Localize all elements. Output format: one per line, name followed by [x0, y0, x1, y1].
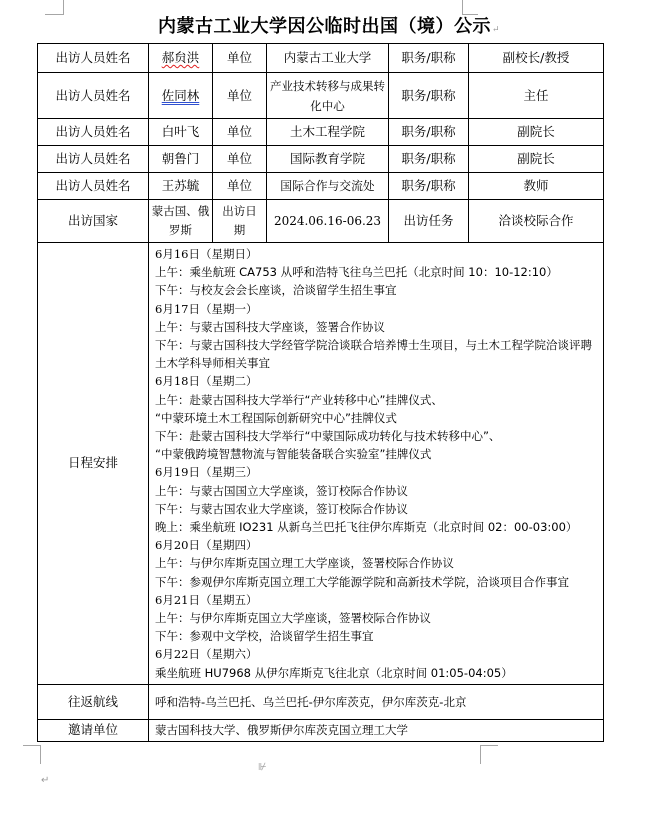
position-label: 职务/职称	[389, 119, 469, 146]
unit-label: 单位	[213, 173, 267, 200]
publicity-table[interactable]: 出访人员姓名 郝贠洪 单位 内蒙古工业大学 职务/职称 副校长/教授 出访人员姓…	[37, 43, 604, 742]
visitor-label: 出访人员姓名	[38, 173, 149, 200]
route-row[interactable]: 往返航线 呼和浩特-乌兰巴托、乌兰巴托-伊尔库茨克，伊尔库茨克-北京	[38, 684, 604, 719]
schedule-label: 日程安排	[38, 243, 149, 685]
unit-label: 单位	[213, 44, 267, 73]
schedule-line: 下午：参观伊尔库斯克国立理工大学能源学院和高新技术学院，洽谈项目合作事宜	[155, 573, 599, 591]
visitor-label: 出访人员姓名	[38, 119, 149, 146]
visitor-row[interactable]: 出访人员姓名 白叶飞 单位 土木工程学院 职务/职称 副院长	[38, 119, 604, 146]
schedule-line: 上午：与伊尔库斯克国立大学座谈，签署校际合作协议	[155, 609, 599, 627]
schedule-line: 上午：与伊尔库斯克国立理工大学座谈，签署校际合作协议	[155, 554, 599, 572]
date-value[interactable]: 2024.06.16-06.23	[267, 200, 389, 243]
inviter-row[interactable]: 邀请单位 蒙古国科技大学、俄罗斯伊尔库茨克国立理工大学	[38, 719, 604, 741]
section-break-mark-icon: ⊮	[258, 762, 267, 773]
schedule-line: 6月20日（星期四）	[155, 536, 599, 554]
country-label: 出访国家	[38, 200, 149, 243]
paragraph-mark-icon: ↵	[492, 25, 500, 35]
position-label: 职务/职称	[389, 73, 469, 119]
unit-value[interactable]: 产业技术转移与成果转化中心	[267, 73, 389, 119]
country-value[interactable]: 蒙古国、俄罗斯	[149, 200, 213, 243]
position-value[interactable]: 副校长/教授	[469, 44, 604, 73]
visitor-row[interactable]: 出访人员姓名 郝贠洪 单位 内蒙古工业大学 职务/职称 副校长/教授	[38, 44, 604, 73]
schedule-line: 下午：与蒙古国科技大学经管学院洽谈联合培养博士生项目，与土木工程学院洽谈评聘土木…	[155, 336, 599, 372]
schedule-line: 6月18日（星期二）	[155, 372, 599, 390]
document-title-text: 内蒙古工业大学因公临时出国（境）公示	[158, 16, 491, 37]
date-label: 出访日期	[213, 200, 267, 243]
unit-label: 单位	[213, 119, 267, 146]
page-corner-mark-bottom-left	[23, 745, 41, 764]
page-corner-mark-bottom-right	[480, 745, 498, 764]
visitor-name-text: 郝贠洪	[162, 50, 200, 65]
visitor-name[interactable]: 王苏毓	[149, 173, 213, 200]
paragraph-mark-icon: ↵	[41, 775, 49, 786]
schedule-line: 晚上：乘坐航班 IO231 从新乌兰巴托飞往伊尔库斯克（北京时间 02：00-0…	[155, 518, 599, 536]
route-value[interactable]: 呼和浩特-乌兰巴托、乌兰巴托-伊尔库茨克，伊尔库茨克-北京	[149, 684, 604, 719]
position-value[interactable]: 教师	[469, 173, 604, 200]
visitor-label: 出访人员姓名	[38, 73, 149, 119]
visitor-name[interactable]: 白叶飞	[149, 119, 213, 146]
inviter-label: 邀请单位	[38, 719, 149, 741]
visitor-name[interactable]: 朝鲁门	[149, 146, 213, 173]
schedule-line: 上午：与蒙古国国立大学座谈，签订校际合作协议	[155, 482, 599, 500]
schedule-line: 6月16日（星期日）	[155, 245, 599, 263]
schedule-line: 6月19日（星期三）	[155, 463, 599, 481]
visitor-name-text: 佐同林	[162, 88, 200, 103]
position-label: 职务/职称	[389, 44, 469, 73]
schedule-line: 下午：与蒙古国农业大学座谈，签订校际合作协议	[155, 500, 599, 518]
visitor-row[interactable]: 出访人员姓名 佐同林 单位 产业技术转移与成果转化中心 职务/职称 主任	[38, 73, 604, 119]
schedule-line: 6月17日（星期一）	[155, 300, 599, 318]
unit-label: 单位	[213, 73, 267, 119]
schedule-line: “中蒙环境土木工程国际创新研究中心”挂牌仪式	[155, 409, 599, 427]
position-value[interactable]: 主任	[469, 73, 604, 119]
unit-label: 单位	[213, 146, 267, 173]
trip-row[interactable]: 出访国家 蒙古国、俄罗斯 出访日期 2024.06.16-06.23 出访任务 …	[38, 200, 604, 243]
unit-value[interactable]: 内蒙古工业大学	[267, 44, 389, 73]
schedule-line: 下午：与校友会会长座谈，洽谈留学生招生事宜	[155, 281, 599, 299]
task-label: 出访任务	[389, 200, 469, 243]
schedule-line: 上午：与蒙古国科技大学座谈，签署合作协议	[155, 318, 599, 336]
visitor-name[interactable]: 佐同林	[149, 73, 213, 119]
task-value[interactable]: 洽谈校际合作	[469, 200, 604, 243]
visitor-label: 出访人员姓名	[38, 146, 149, 173]
position-value[interactable]: 副院长	[469, 119, 604, 146]
unit-value[interactable]: 土木工程学院	[267, 119, 389, 146]
visitor-row[interactable]: 出访人员姓名 朝鲁门 单位 国际教育学院 职务/职称 副院长	[38, 146, 604, 173]
visitor-row[interactable]: 出访人员姓名 王苏毓 单位 国际合作与交流处 职务/职称 教师	[38, 173, 604, 200]
schedule-line: 下午：参观中文学校，洽谈留学生招生事宜	[155, 627, 599, 645]
visitor-label: 出访人员姓名	[38, 44, 149, 73]
schedule-line: 6月22日（星期六）	[155, 645, 599, 663]
position-label: 职务/职称	[389, 146, 469, 173]
schedule-line: 上午：乘坐航班 CA753 从呼和浩特飞往乌兰巴托（北京时间 10：10-12:…	[155, 263, 599, 281]
document-title[interactable]: 内蒙古工业大学因公临时出国（境）公示↵	[0, 12, 658, 38]
position-value[interactable]: 副院长	[469, 146, 604, 173]
visitor-name[interactable]: 郝贠洪	[149, 44, 213, 73]
schedule-content[interactable]: 6月16日（星期日） 上午：乘坐航班 CA753 从呼和浩特飞往乌兰巴托（北京时…	[149, 243, 604, 685]
schedule-line: 6月21日（星期五）	[155, 591, 599, 609]
schedule-row[interactable]: 日程安排 6月16日（星期日） 上午：乘坐航班 CA753 从呼和浩特飞往乌兰巴…	[38, 243, 604, 685]
schedule-line: 乘坐航班 HU7968 从伊尔库斯克飞往北京（北京时间 01:05-04:05）	[155, 664, 599, 682]
position-label: 职务/职称	[389, 173, 469, 200]
unit-value[interactable]: 国际教育学院	[267, 146, 389, 173]
unit-value[interactable]: 国际合作与交流处	[267, 173, 389, 200]
schedule-line: 下午：赴蒙古国科技大学举行“中蒙国际成功转化与技术转移中心”、	[155, 427, 599, 445]
route-label: 往返航线	[38, 684, 149, 719]
schedule-line: “中蒙俄跨境智慧物流与智能装备联合实验室”挂牌仪式	[155, 445, 599, 463]
inviter-value[interactable]: 蒙古国科技大学、俄罗斯伊尔库茨克国立理工大学	[149, 719, 604, 741]
schedule-line: 上午：赴蒙古国科技大学举行“产业转移中心”挂牌仪式、	[155, 391, 599, 409]
